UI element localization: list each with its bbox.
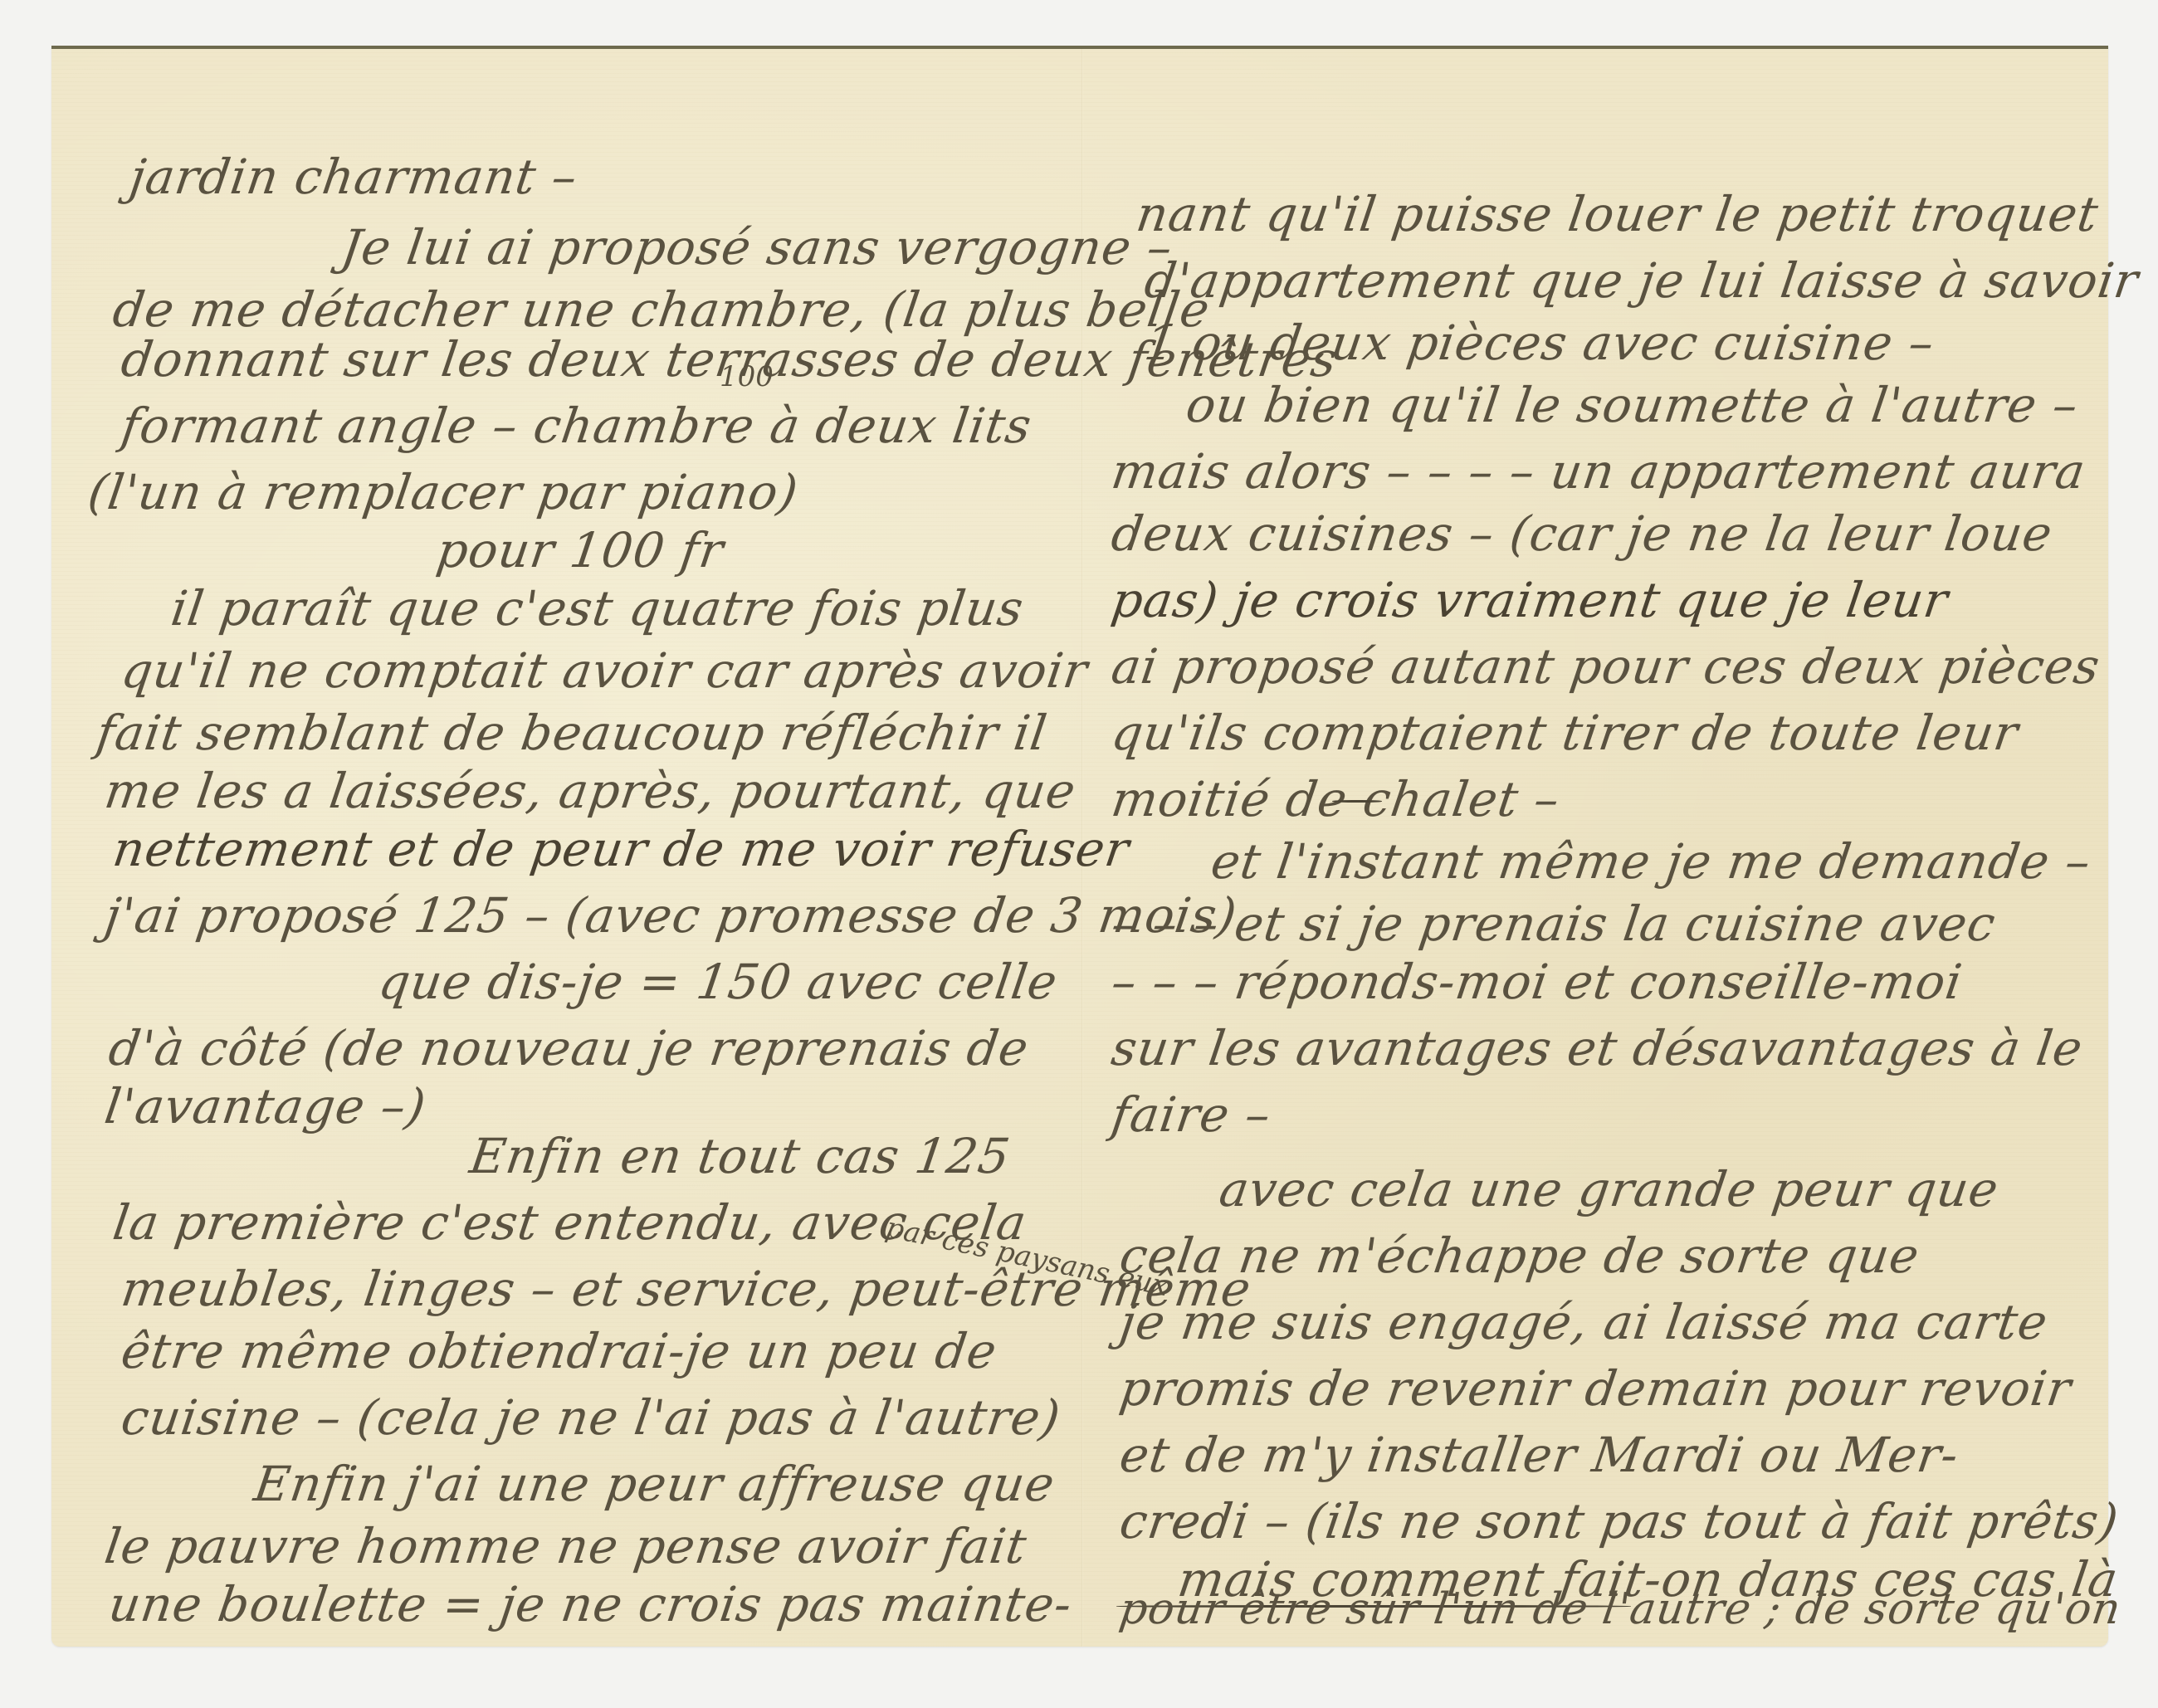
right-line-17: cela ne m'échappe de sorte que	[1116, 1227, 1923, 1284]
left-line-22: Enfin j'ai une peur affreuse que	[251, 1456, 1058, 1512]
left-line-17: Enfin en tout cas 125	[466, 1128, 1013, 1184]
left-line-12: nettement et de peur de me voir refuser	[110, 821, 1133, 877]
ink-blot-mark	[1332, 800, 1382, 803]
right-line-14: sur les avantages et désavantages à le	[1108, 1020, 2087, 1076]
left-line-21: cuisine – (cela je ne l'ai pas à l'autre…	[118, 1389, 1064, 1446]
left-line-5: formant angle – chambre à deux lits	[118, 398, 1035, 454]
left-line-7: pour 100 fr	[433, 522, 727, 578]
right-line-15: faire –	[1108, 1086, 1275, 1143]
left-line-15: d'à côté (de nouveau je reprenais de	[105, 1020, 1033, 1076]
right-line-5: mais alors – – – – un appartement aura	[1108, 443, 2089, 500]
right-line-8: ai proposé autant pour ces deux pièces	[1108, 638, 2103, 695]
left-line-10: fait semblant de beaucoup réfléchir il	[93, 705, 1051, 761]
right-line-6: deux cuisines – (car je ne la leur loue	[1108, 505, 2056, 562]
right-page: nant qu'il puisse louer le petit troquet…	[1083, 49, 2108, 1647]
left-page: jardin charmant – Je lui ai proposé sans…	[51, 49, 1081, 1647]
right-line-7: pas) je crois vraiment que je leur	[1108, 572, 1952, 628]
left-line-20: être même obtiendrai-je un peu de	[118, 1323, 1001, 1379]
left-line-1: jardin charmant –	[126, 149, 581, 205]
letter-sheet: jardin charmant – Je lui ai proposé sans…	[51, 46, 2108, 1647]
left-line-14: que dis-je = 150 avec celle	[375, 954, 1062, 1010]
left-line-2: Je lui ai proposé sans vergogne –	[338, 219, 1176, 276]
left-line-9: qu'il ne comptait avoir car après avoir	[118, 642, 1091, 699]
left-line-16: l'avantage –)	[101, 1078, 430, 1135]
right-line-2: d'appartement que je lui laisse à savoir	[1141, 252, 2142, 309]
right-line-12: – – – et si je prenais la cuisine avec	[1108, 895, 1999, 952]
left-line-11: me les a laissées, après, pourtant, que	[101, 763, 1080, 819]
right-line-16: avec cela une grande peur que	[1216, 1161, 2002, 1218]
left-line-24: une boulette = je ne crois pas mainte-	[105, 1576, 1076, 1632]
right-line-11: et l'instant même je me demande –	[1208, 833, 2095, 890]
left-line-6: (l'un à remplacer par piano)	[85, 464, 802, 520]
left-line-13: j'ai proposé 125 – (avec promesse de 3 m…	[101, 887, 1241, 944]
right-line-4: ou bien qu'il le soumette à l'autre –	[1183, 377, 2082, 433]
left-line-23: le pauvre homme ne pense avoir fait	[101, 1518, 1031, 1574]
left-line-8: il paraît que c'est quatre fois plus	[168, 580, 1028, 637]
left-line-3: de me détacher une chambre, (la plus bel…	[110, 281, 1213, 338]
right-line-23: pour être sûr l'un de l'autre ; de sorte…	[1116, 1584, 2124, 1634]
right-line-10: moitié de chalet –	[1108, 771, 1564, 827]
right-line-3: 1 ou deux pièces avec cuisine –	[1141, 315, 1938, 371]
right-line-19: promis de revenir demain pour revoir	[1116, 1360, 2075, 1417]
right-line-21: credi – (ils ne sont pas tout à fait prê…	[1116, 1493, 2122, 1549]
right-line-18: je me suis engagé, ai laissé ma carte	[1116, 1294, 2052, 1350]
right-line-13: – – – réponds-moi et conseille-moi	[1108, 954, 1966, 1010]
right-line-9: qu'ils comptaient tirer de toute leur	[1108, 705, 2022, 761]
right-line-20: et de m'y installer Mardi ou Mer-	[1116, 1427, 1962, 1483]
right-line-1: nant qu'il puisse louer le petit troquet	[1133, 186, 2102, 242]
